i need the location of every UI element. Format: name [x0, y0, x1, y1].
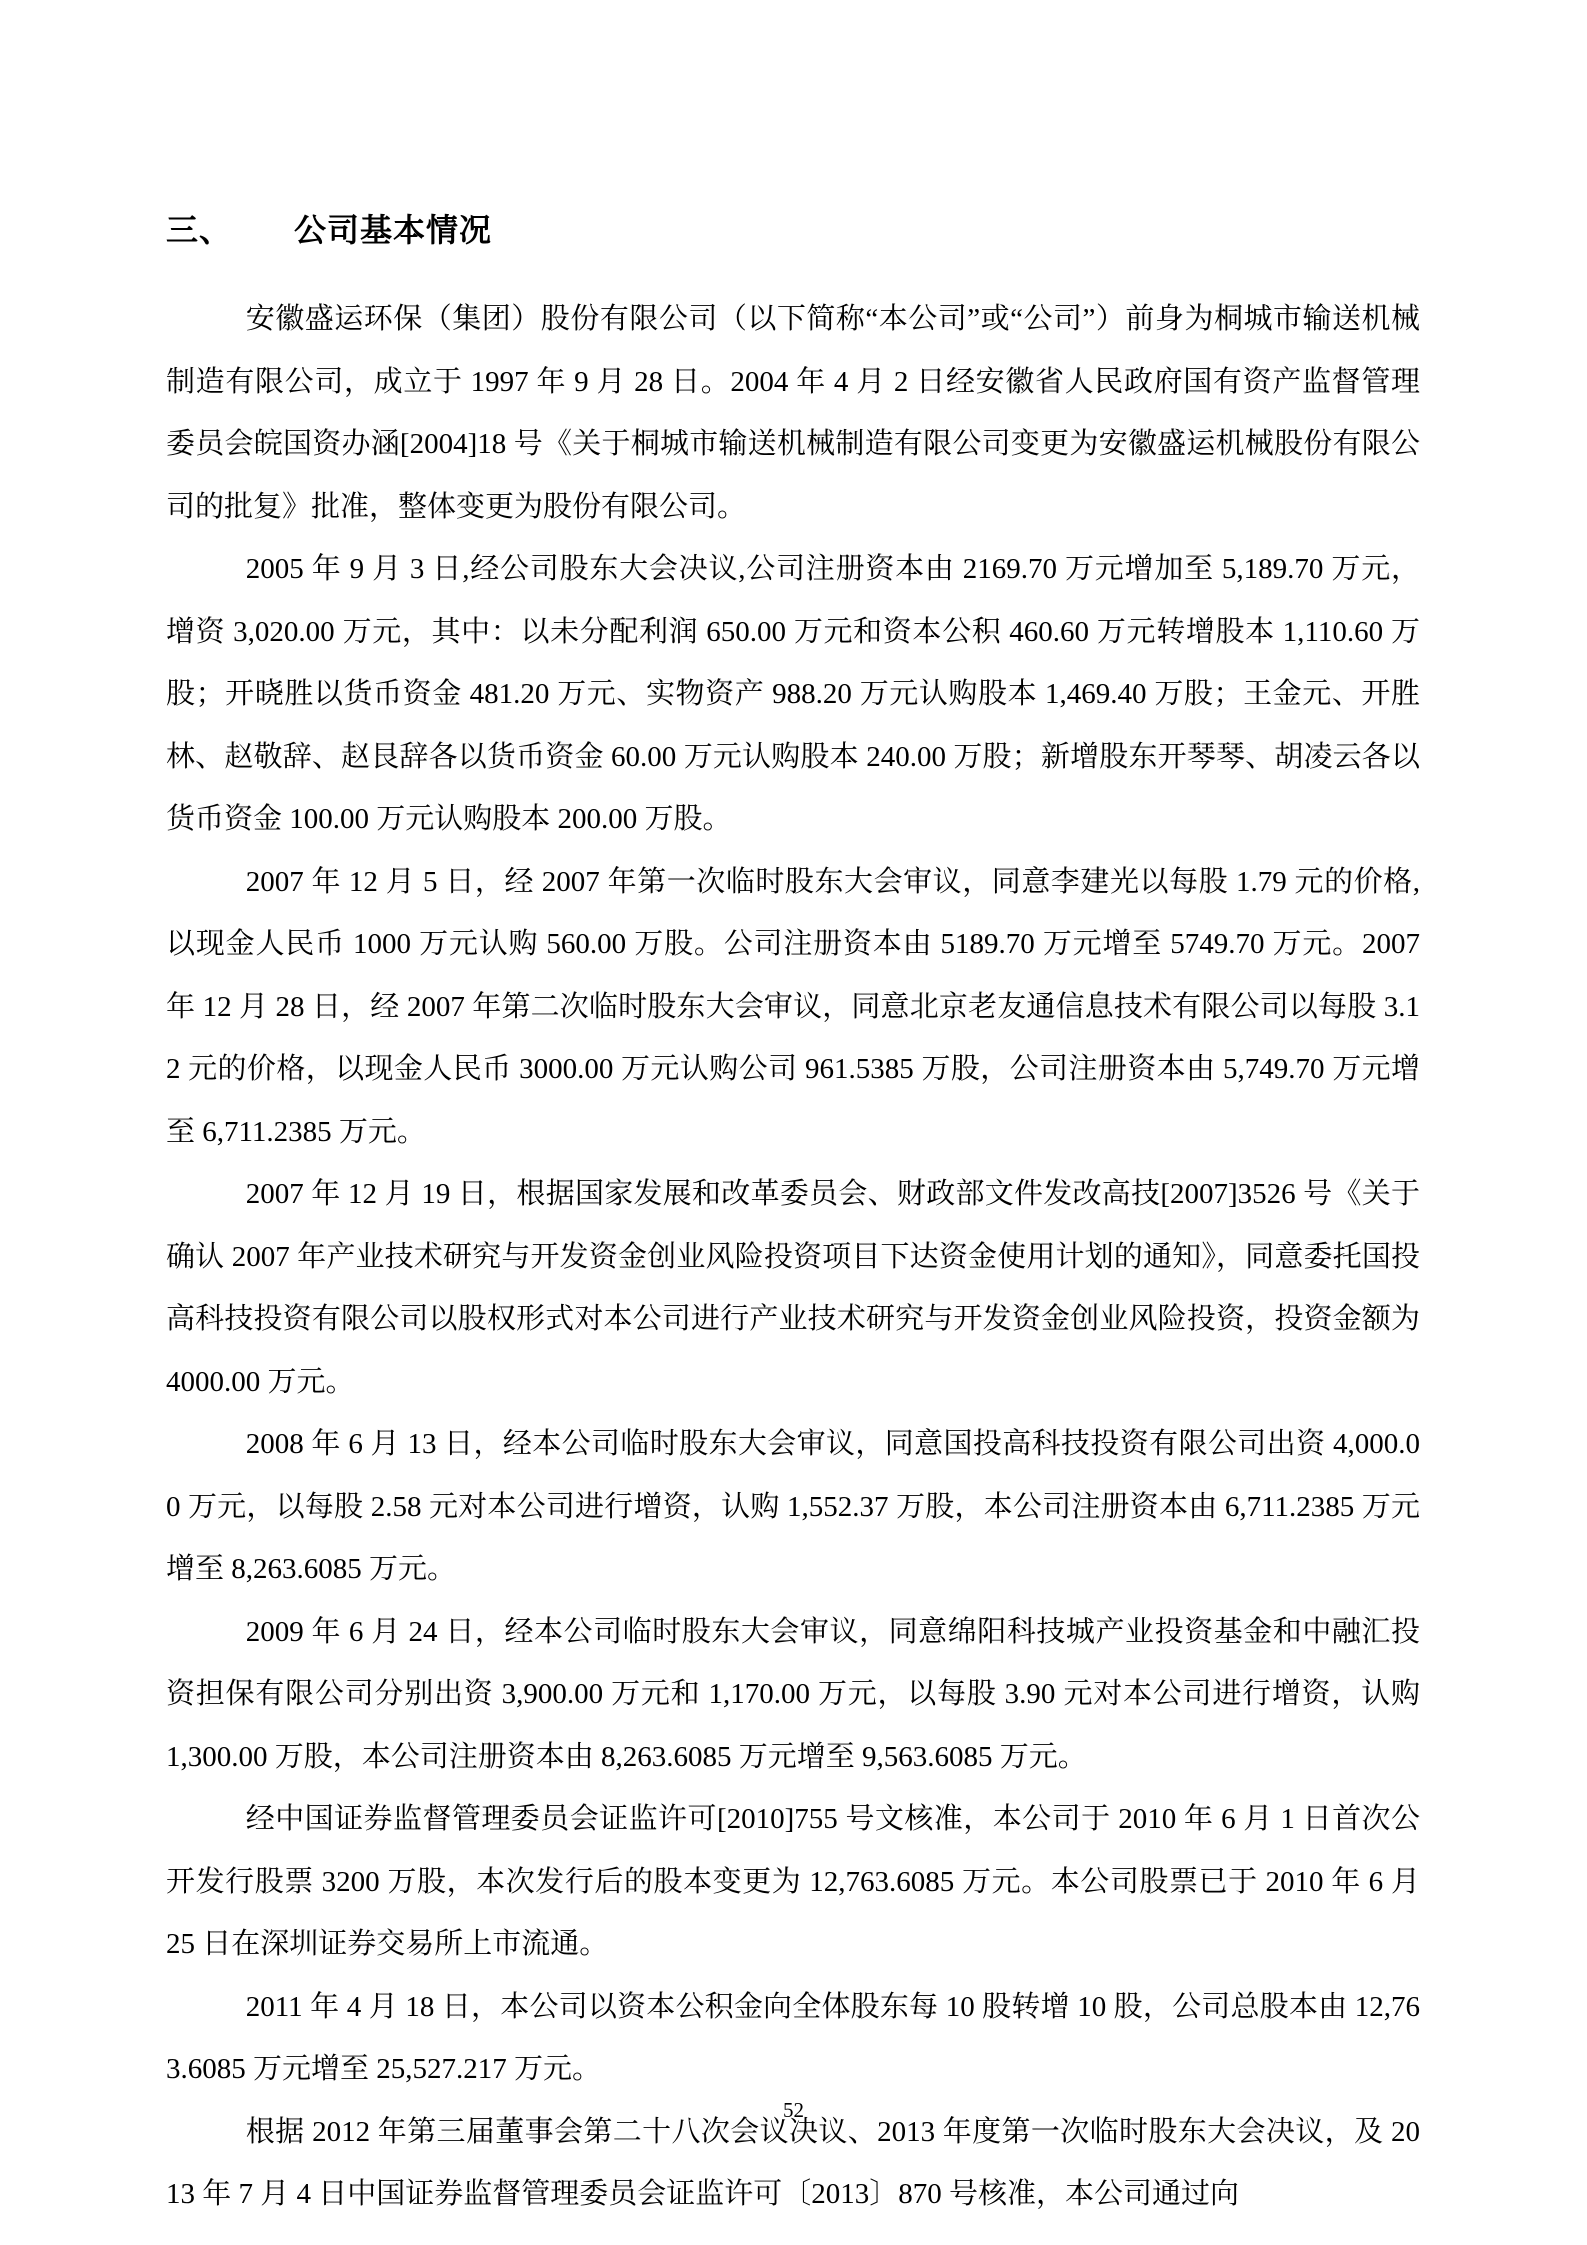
- paragraph-2011-transfer: 2011 年 4 月 18 日，本公司以资本公积金向全体股东每 10 股转增 1…: [166, 1976, 1420, 2101]
- page-number: 52: [783, 2098, 804, 2122]
- paragraph-2007-ndrc-notice: 2007 年 12 月 19 日，根据国家发展和改革委员会、财政部文件发改高技[…: [166, 1163, 1420, 1413]
- paragraph-2009-increase: 2009 年 6 月 24 日，经本公司临时股东大会审议，同意绵阳科技城产业投资…: [166, 1601, 1420, 1789]
- paragraph-2008-increase: 2008 年 6 月 13 日，经本公司临时股东大会审议，同意国投高科技投资有限…: [166, 1413, 1420, 1601]
- page-footer: 52: [0, 2096, 1587, 2124]
- section-title: 公司基本情况: [294, 212, 492, 248]
- document-page: 三、公司基本情况 安徽盛运环保（集团）股份有限公司（以下简称“本公司”或“公司”…: [0, 0, 1587, 2245]
- paragraph-company-intro: 安徽盛运环保（集团）股份有限公司（以下简称“本公司”或“公司”）前身为桐城市输送…: [166, 288, 1420, 538]
- section-number: 三、: [166, 208, 232, 252]
- paragraph-2005-capital: 2005 年 9 月 3 日,经公司股东大会决议,公司注册资本由 2169.70…: [166, 538, 1420, 851]
- section-heading: 三、公司基本情况: [166, 208, 1420, 252]
- document-body: 安徽盛运环保（集团）股份有限公司（以下简称“本公司”或“公司”）前身为桐城市输送…: [166, 288, 1420, 2226]
- paragraph-2010-ipo: 经中国证券监督管理委员会证监许可[2010]755 号文核准，本公司于 2010…: [166, 1788, 1420, 1976]
- paragraph-2007-dec-increase: 2007 年 12 月 5 日，经 2007 年第一次临时股东大会审议，同意李建…: [166, 851, 1420, 1164]
